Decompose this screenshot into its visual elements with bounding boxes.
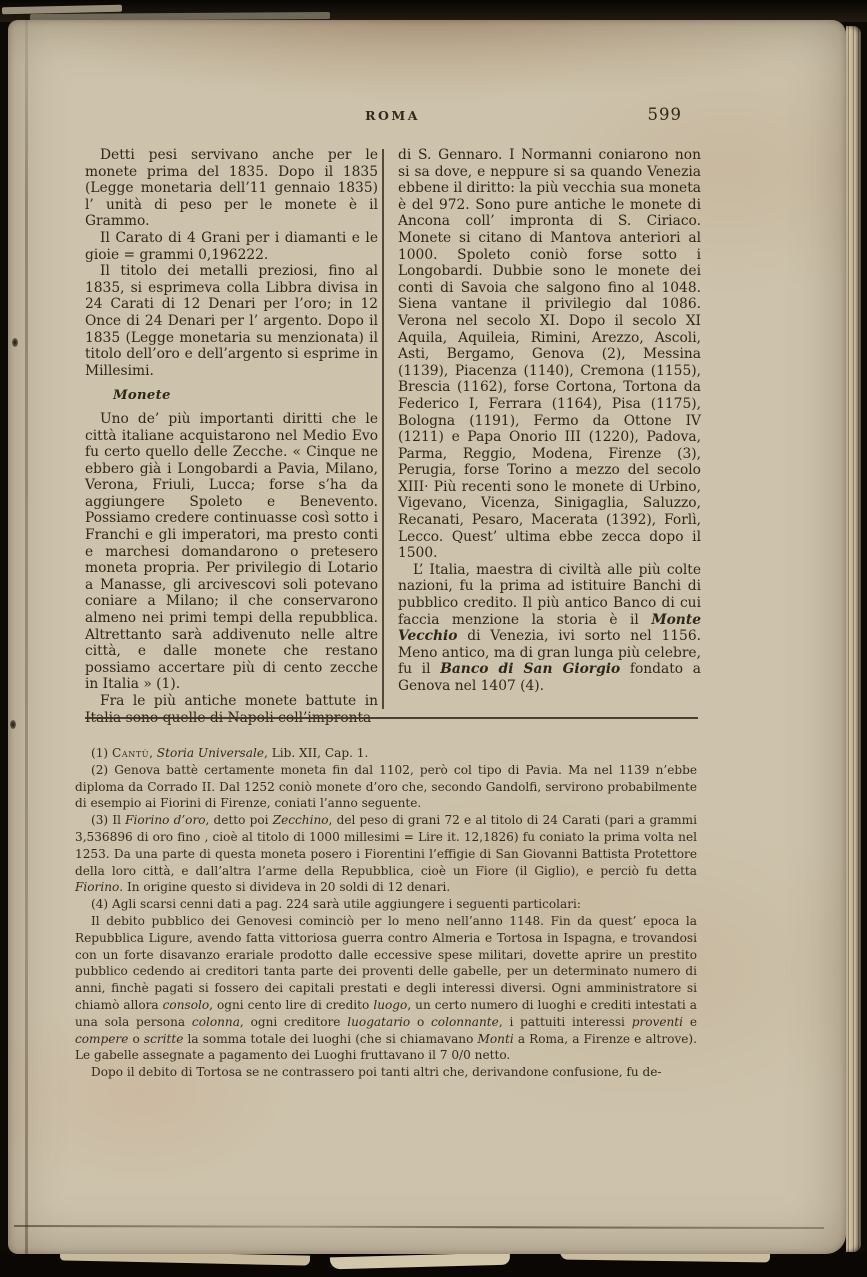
page-number: 599 xyxy=(648,105,683,124)
paragraph: Il debito pubblico dei Genovesi cominciò… xyxy=(75,913,697,1064)
section-heading: Monete xyxy=(113,388,378,405)
footnotes: (1) Cantù, Storia Universale, Lib. XII, … xyxy=(75,745,697,1081)
running-title: ROMA xyxy=(85,108,700,123)
paragraph: Dopo il debito di Tortosa se ne contrass… xyxy=(75,1064,697,1081)
paper-speck xyxy=(10,720,16,729)
paragraph: Il Carato di 4 Grani per i diamanti e le… xyxy=(85,230,378,263)
paper-speck xyxy=(12,338,18,347)
text-columns: Detti pesi servivano anche per le monete… xyxy=(85,147,701,719)
left-column: Detti pesi servivano anche per le monete… xyxy=(85,147,378,726)
paragraph: Fra le più antiche monete battute in Ita… xyxy=(85,693,378,726)
page-stack-right-edge xyxy=(846,26,861,1252)
page: ROMA 599 Detti pesi servivano anche per … xyxy=(8,20,846,1254)
paragraph: (1) Cantù, Storia Universale, Lib. XII, … xyxy=(75,745,697,762)
binding-crease xyxy=(25,20,28,1254)
paragraph: Uno de’ più importanti diritti che le ci… xyxy=(85,411,378,693)
page-header: ROMA 599 xyxy=(85,108,700,134)
book-scan: { "colors": { "paper": "#cdc3ac", "ink":… xyxy=(0,0,867,1277)
footnote-rule xyxy=(85,717,698,719)
paragraph: (2) Genova battè certamente moneta fin d… xyxy=(75,762,697,812)
right-column: di S. Gennaro. I Normanni coniarono non … xyxy=(398,147,701,695)
paragraph: L’ Italia, maestra di civiltà alle più c… xyxy=(398,562,701,695)
paragraph: di S. Gennaro. I Normanni coniarono non … xyxy=(398,147,701,562)
paragraph: Detti pesi servivano anche per le monete… xyxy=(85,147,378,230)
paragraph: (3) Il Fiorino d’oro, detto poi Zecchino… xyxy=(75,812,697,896)
paragraph: (4) Agli scarsi cenni dati a pag. 224 sa… xyxy=(75,896,697,913)
bottom-fold-crease xyxy=(14,1225,824,1229)
column-divider xyxy=(382,149,384,709)
paragraph: Il titolo dei metalli preziosi, fino al … xyxy=(85,263,378,379)
